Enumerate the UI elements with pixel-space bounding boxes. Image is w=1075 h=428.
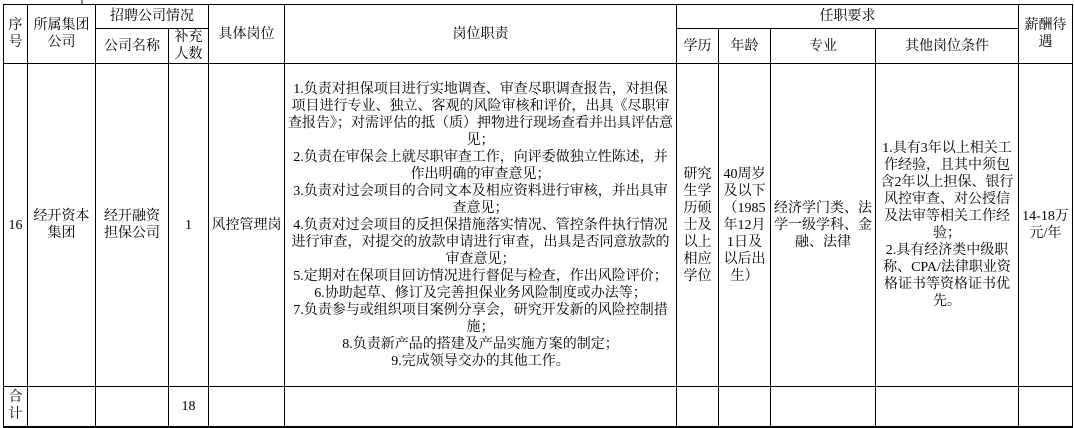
header-group-company: 所属集团公司 [28,5,96,64]
header-supplement-count: 补充人数 [169,29,209,64]
cell-major: 经济学门类、法学一级学科、金融、法律 [771,64,876,387]
cell-company-name: 经开融资担保公司 [96,64,169,387]
header-education: 学历 [677,29,719,64]
total-empty-position [209,387,285,427]
header-seq: 序号 [4,5,28,64]
total-supplement-count: 18 [169,387,209,427]
header-duties: 岗位职责 [285,5,677,64]
header-row-1: 序号 所属集团公司 招聘公司情况 具体岗位 岗位职责 任职要求 薪酬待遇 [4,5,1073,29]
total-empty-education [677,387,719,427]
header-major: 专业 [771,29,876,64]
cell-position: 风控管理岗 [209,64,285,387]
total-empty-salary [1019,387,1073,427]
cell-duties: 1.负责对担保项目进行实地调查、审查尽职调查报告，对担保项目进行专业、独立、客观… [285,64,677,387]
header-salary: 薪酬待遇 [1019,5,1073,64]
cell-other-conditions: 1.具有3年以上相关工作经验，且其中须包含2年以上担保、银行风控审查、对公授信及… [876,64,1019,387]
cell-age: 40周岁及以下（1985年12月1日及以后出生） [719,64,771,387]
recruitment-table: 序号 所属集团公司 招聘公司情况 具体岗位 岗位职责 任职要求 薪酬待遇 公司名… [3,4,1073,428]
header-other-conditions: 其他岗位条件 [876,29,1019,64]
cell-supplement-count: 1 [169,64,209,387]
total-label: 合计 [4,387,28,427]
total-empty-group-company [28,387,96,427]
cell-seq: 16 [4,64,28,387]
header-age: 年龄 [719,29,771,64]
job-row-16: 16 经开资本集团 经开融资担保公司 1 风控管理岗 1.负责对担保项目进行实地… [4,64,1073,387]
total-empty-age [719,387,771,427]
header-company-name: 公司名称 [96,29,169,64]
cell-salary: 14-18万元/年 [1019,64,1073,387]
total-empty-company-name [96,387,169,427]
total-empty-other-conditions [876,387,1019,427]
total-empty-major [771,387,876,427]
header-requirements: 任职要求 [677,5,1019,29]
cell-group-company: 经开资本集团 [28,64,96,387]
total-row: 合计 18 [4,387,1073,427]
header-recruit-info: 招聘公司情况 [96,5,209,29]
recruitment-table-page: 序号 所属集团公司 招聘公司情况 具体岗位 岗位职责 任职要求 薪酬待遇 公司名… [0,0,1075,428]
cell-education: 研究生学历硕士及以上相应学位 [677,64,719,387]
header-position: 具体岗位 [209,5,285,64]
total-empty-duties [285,387,677,427]
